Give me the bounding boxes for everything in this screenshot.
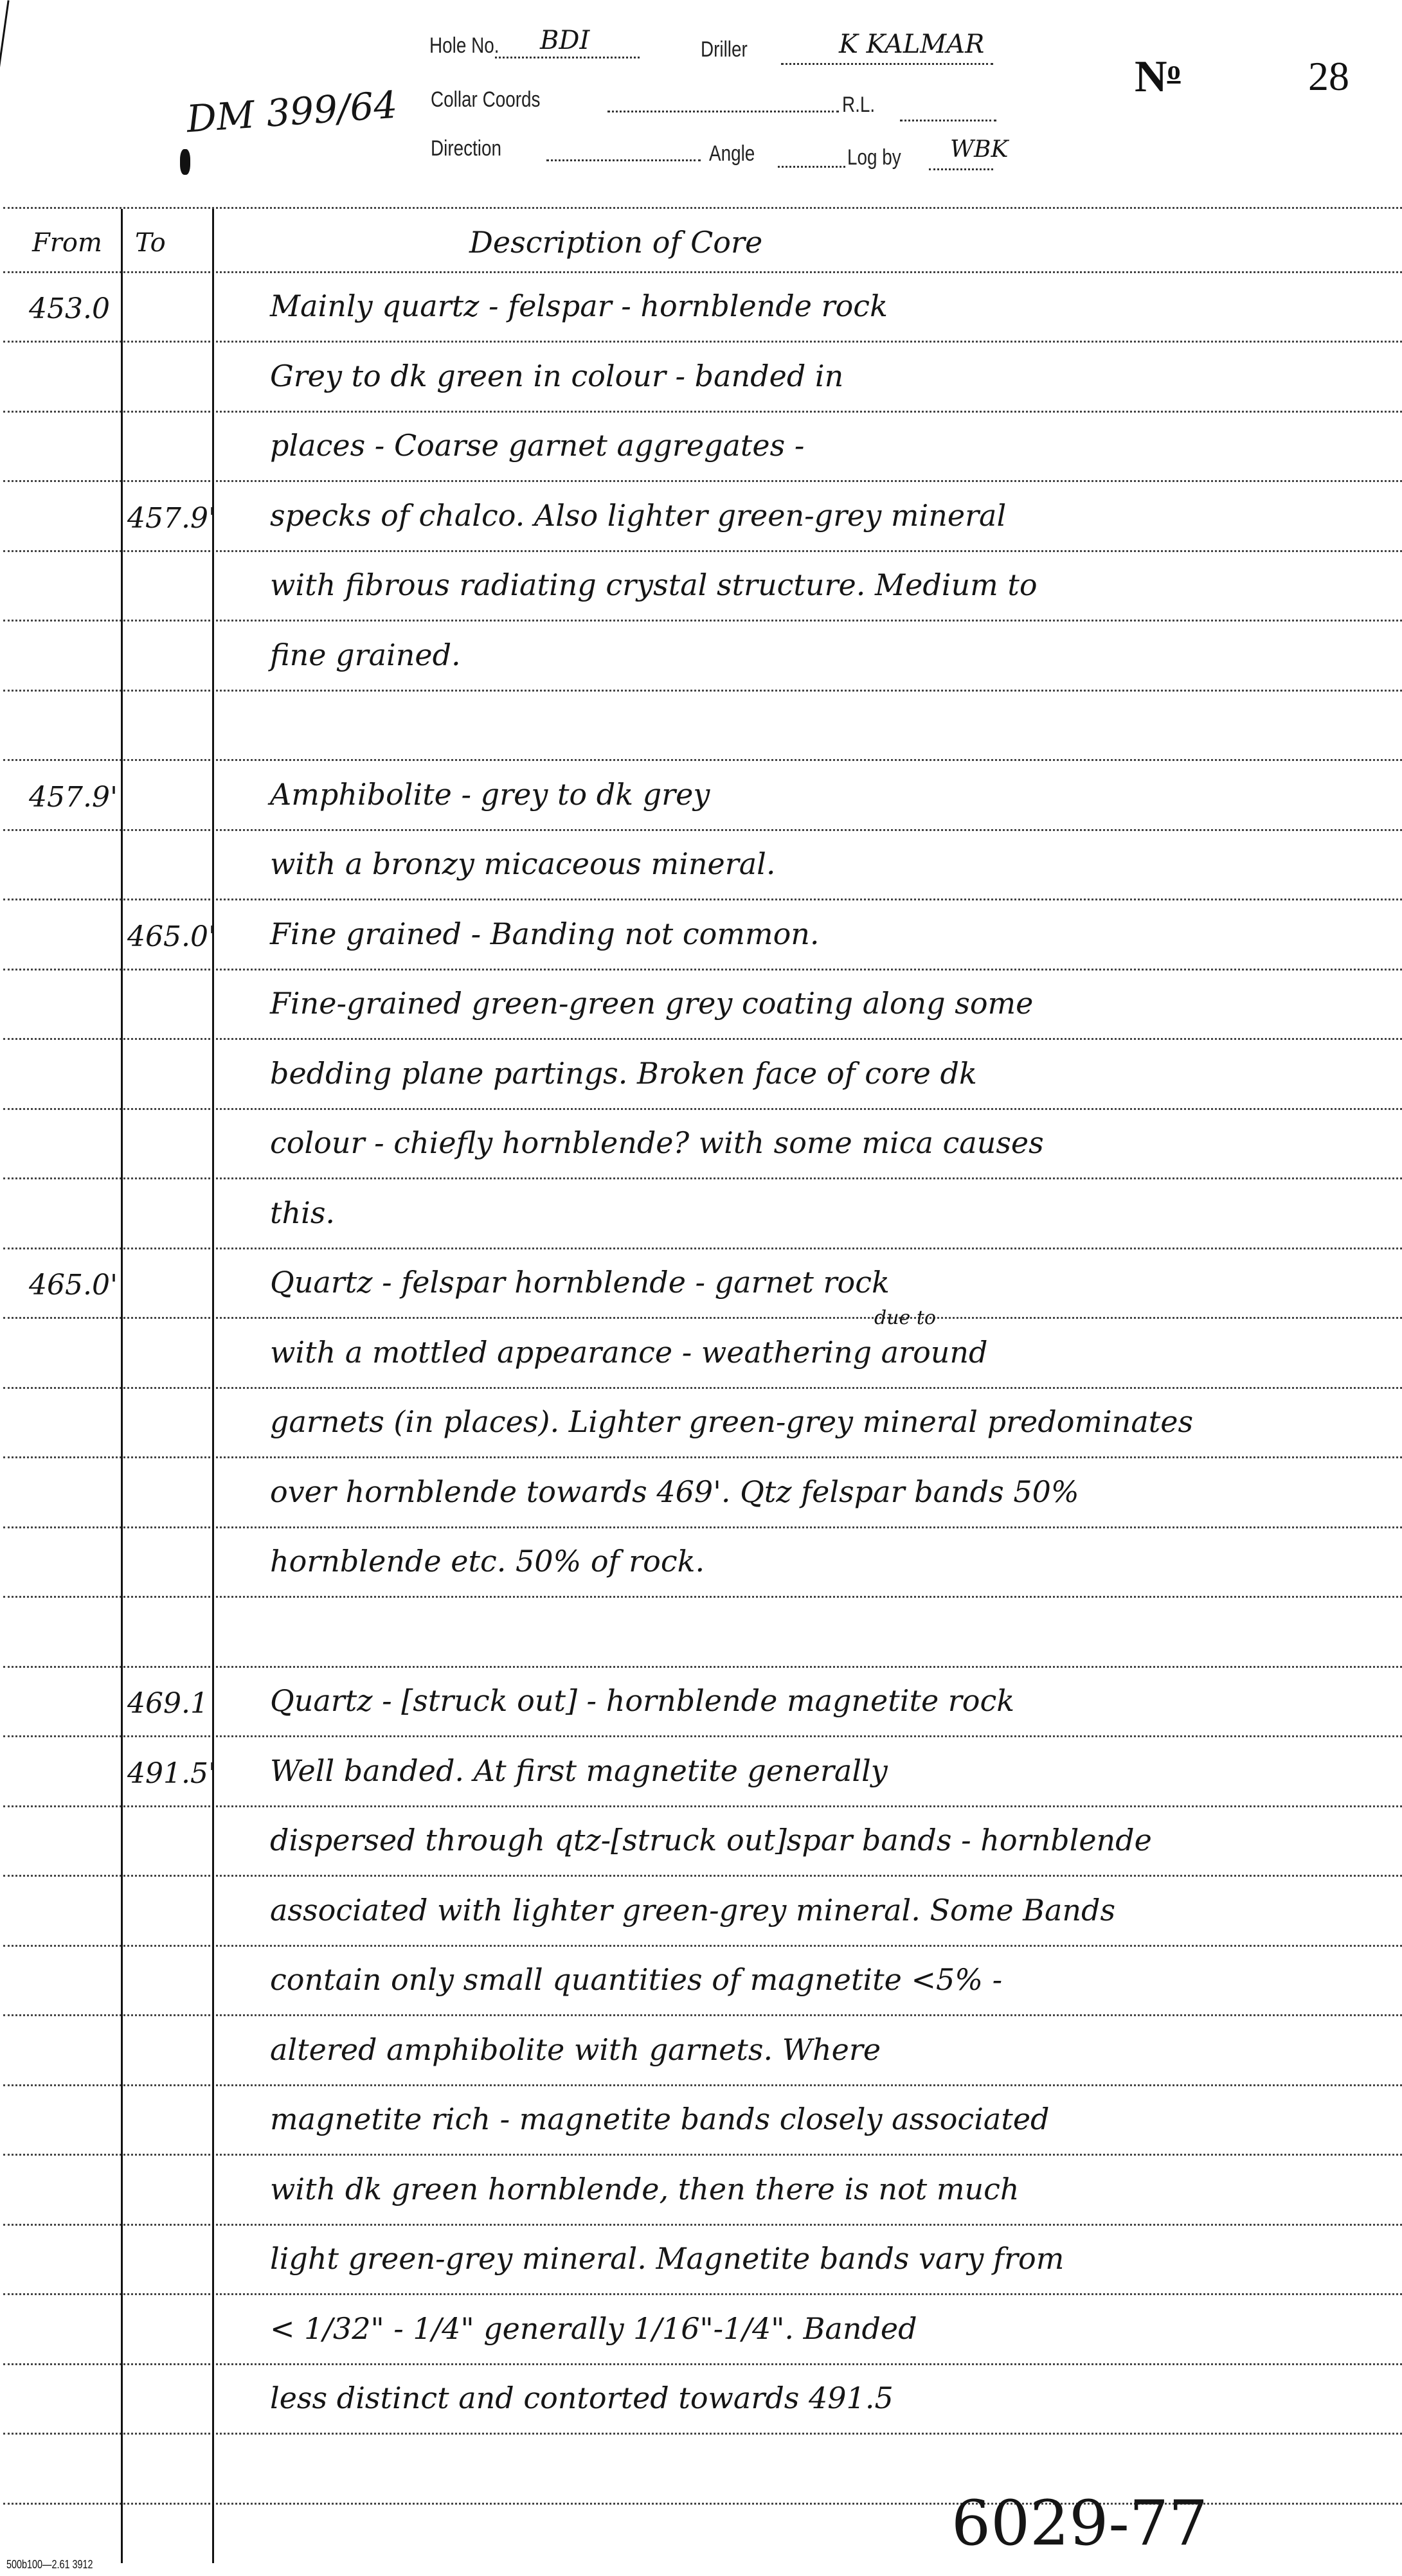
description-line: fine grained. (270, 638, 461, 672)
description-line: Fine-grained green-green grey coating al… (270, 986, 1033, 1021)
description-line: specks of chalco. Also lighter green-gre… (270, 498, 1006, 533)
description-line: garnets (in places). Lighter green-grey … (270, 1404, 1193, 1439)
column-header-description: Description of Core (469, 225, 762, 260)
hole-no-value: BDI (540, 26, 589, 55)
page-number: 28 (1308, 53, 1349, 100)
log-by-label: Log by (847, 145, 901, 170)
description-line: bedding plane partings. Broken face of c… (270, 1056, 977, 1091)
description-line: contain only small quantities of magneti… (270, 1962, 1002, 1997)
depth-to: 465.0' (127, 920, 216, 953)
description-line: Mainly quartz - felspar - hornblende roc… (270, 289, 888, 323)
description-line: with a bronzy micaceous mineral. (270, 846, 775, 881)
column-header-to: To (135, 228, 166, 258)
depth-to: 469.1 (127, 1687, 208, 1720)
collar-coords-label: Collar Coords (431, 87, 540, 112)
depth-description-divider (212, 209, 214, 2563)
driller-label: Driller (701, 37, 748, 62)
angle-label: Angle (709, 141, 755, 166)
description-line: light green-grey mineral. Magnetite band… (270, 2241, 1064, 2276)
depth-to: 457.9' (127, 502, 216, 535)
direction-label: Direction (431, 136, 501, 161)
depth-to: 491.5' (127, 1757, 216, 1790)
description-line: dispersed through qtz-[struck out]spar b… (270, 1823, 1152, 1857)
description-line: Well banded. At first magnetite generall… (270, 1753, 888, 1788)
description-line: Quartz - [struck out] - hornblende magne… (270, 1683, 1014, 1718)
description-line: Fine grained - Banding not common. (270, 917, 820, 951)
driller-value: K KALMAR (839, 30, 984, 59)
description-line: magnetite rich - magnetite bands closely… (270, 2102, 1050, 2136)
description-line: this. (270, 1195, 335, 1230)
margin-pen-mark (0, 0, 10, 70)
description-line: associated with lighter green-grey miner… (270, 1893, 1115, 1928)
description-line: hornblende etc. 50% of rock. (270, 1544, 705, 1579)
inserted-note: due to (874, 1307, 936, 1329)
reference-number: DM 399/64 (185, 83, 399, 141)
number-mark: No (1135, 51, 1181, 103)
description-line: with dk green hornblende, then there is … (270, 2172, 1020, 2206)
from-to-divider (121, 209, 123, 2563)
description-line: Amphibolite - grey to dk grey (270, 777, 710, 812)
depth-from: 457.9' (29, 781, 118, 814)
description-line: < 1/32" - 1/4" generally 1/16"-1/4". Ban… (270, 2311, 917, 2346)
depth-from: 465.0' (29, 1269, 118, 1301)
description-line: Quartz - felspar hornblende - garnet roc… (270, 1265, 890, 1300)
description-line: over hornblende towards 469'. Qtz felspa… (270, 1474, 1079, 1509)
description-line: altered amphibolite with garnets. Where (270, 2032, 881, 2067)
description-line: with fibrous radiating crystal structure… (270, 568, 1038, 602)
hole-no-label: Hole No. (429, 33, 499, 58)
description-line: less distinct and contorted towards 491.… (270, 2381, 894, 2415)
log-by-value: WBK (950, 136, 1008, 163)
rl-label: R.L. (842, 93, 875, 118)
column-header-from: From (32, 228, 102, 258)
description-line: Grey to dk green in colour - banded in (270, 359, 843, 393)
description-line: colour - chiefly hornblende? with some m… (270, 1125, 1044, 1160)
depth-from: 453.0 (29, 292, 110, 325)
ink-blot (180, 149, 190, 175)
form-code: 500b100—2.61 3912 (6, 2558, 93, 2572)
description-line: with a mottled appearance - weathering a… (270, 1335, 988, 1370)
document-id: 6029-77 (951, 2487, 1208, 2559)
description-line: places - Coarse garnet aggregates - (270, 428, 804, 463)
